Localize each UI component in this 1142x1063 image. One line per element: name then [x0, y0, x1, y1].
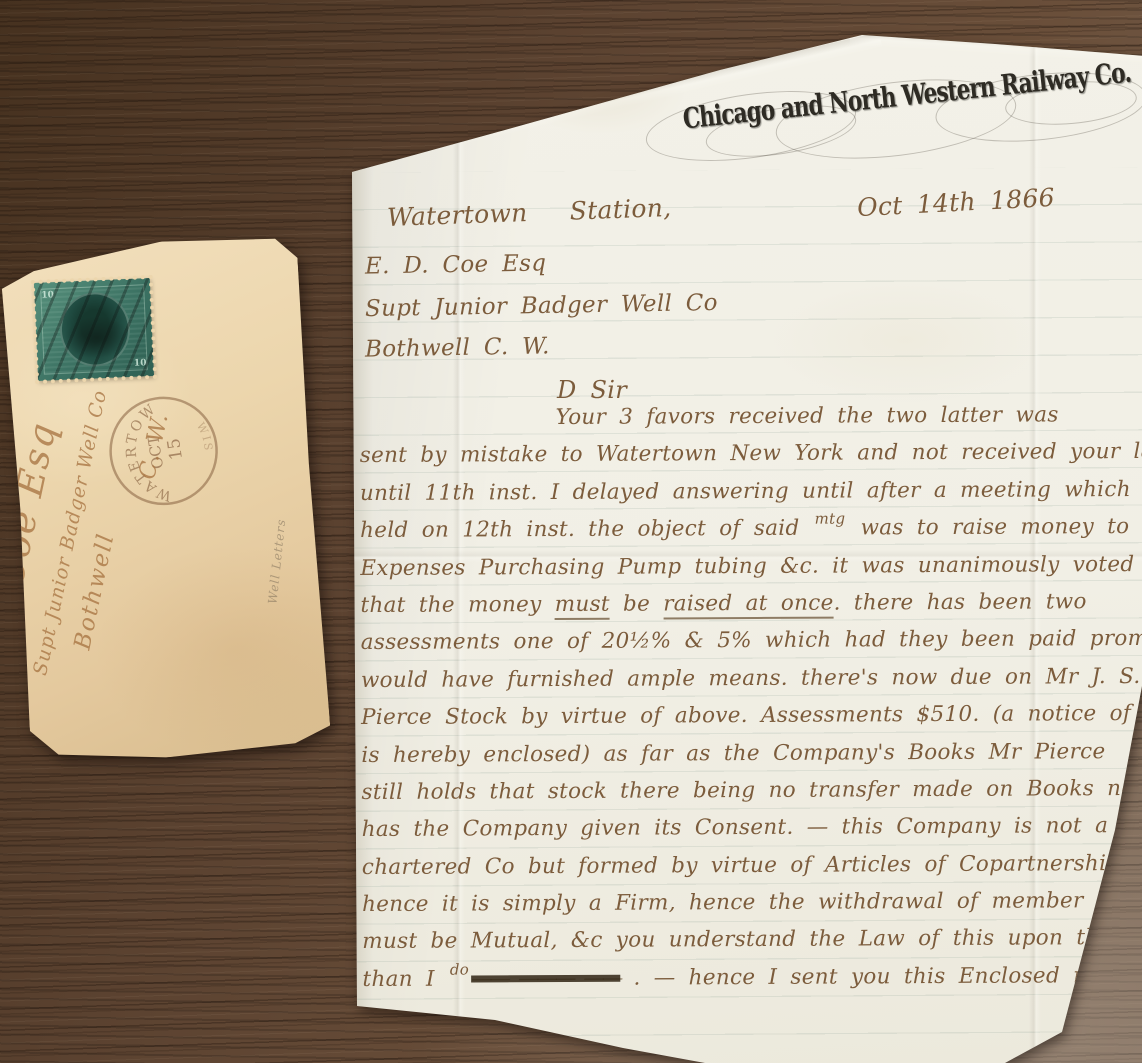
form-number: F. 124.	[375, 82, 426, 95]
inserted-word: mtg	[815, 510, 846, 528]
underlined-text: must	[555, 592, 610, 620]
letter: F. 124. Chicago and North Western Railwa…	[345, 30, 1142, 1063]
photo-of-letter-and-envelope: 10 10 WATERTOWN OCT 15 WIS	[0, 0, 1142, 1063]
body-text: was to raise money to pay daily	[847, 514, 1142, 541]
body-text: . — hence I sent you this Enclosed notic…	[620, 963, 1142, 991]
recipient-line: E. D. Coe Esq	[365, 250, 547, 279]
body-line: Your 3 favors received the two latter wa…	[359, 396, 1139, 437]
body-text: than I	[362, 966, 448, 991]
body-line: than I do—— ——— —— . — hence I sent you …	[362, 957, 1142, 998]
body-line: Pierce Stock by virtue of above. Assessm…	[361, 695, 1141, 736]
scribbled-out-text: —— ——— ——	[471, 966, 620, 992]
body-text: that the money	[360, 592, 554, 618]
body-line: Expenses Purchasing Pump tubing &c. it w…	[360, 546, 1140, 587]
body-line: hence it is simply a Firm, hence the wit…	[362, 882, 1142, 923]
body-line: has the Company given its Consent. — thi…	[362, 807, 1142, 848]
body-line: until 11th inst. I delayed answering unt…	[360, 471, 1140, 512]
body-line: must be Mutual, &c you understand the La…	[362, 919, 1142, 960]
body-line: would have furnished ample means. there'…	[361, 658, 1141, 699]
letter-body: Your 3 favors received the two latter wa…	[359, 396, 1142, 998]
body-line: assessments one of 20½% & 5% which had t…	[361, 620, 1141, 661]
body-line: still holds that stock there being no tr…	[361, 770, 1141, 811]
recipient-line: Bothwell C. W.	[365, 333, 550, 362]
body-line: is hereby enclosed) as far as the Compan…	[361, 732, 1141, 773]
body-line: that the money must be raised at once. t…	[360, 583, 1140, 624]
envelope-address: E. D. Coe Esq Supt Junior Badger Well Co…	[0, 237, 364, 761]
inserted-word: do	[450, 960, 469, 978]
body-text: be	[610, 591, 663, 616]
body-line: chartered Co but formed by virtue of Art…	[362, 845, 1142, 886]
body-text: . there has been two	[834, 589, 1087, 615]
envelope: 10 10 WATERTOWN OCT 15 WIS	[0, 232, 332, 767]
body-text: held on 12th inst. the object of said	[360, 516, 813, 543]
body-line: sent by mistake to Watertown New York an…	[360, 433, 1140, 474]
body-line: held on 12th inst. the object of said mt…	[360, 508, 1140, 549]
underlined-text: raised at once	[663, 591, 834, 620]
